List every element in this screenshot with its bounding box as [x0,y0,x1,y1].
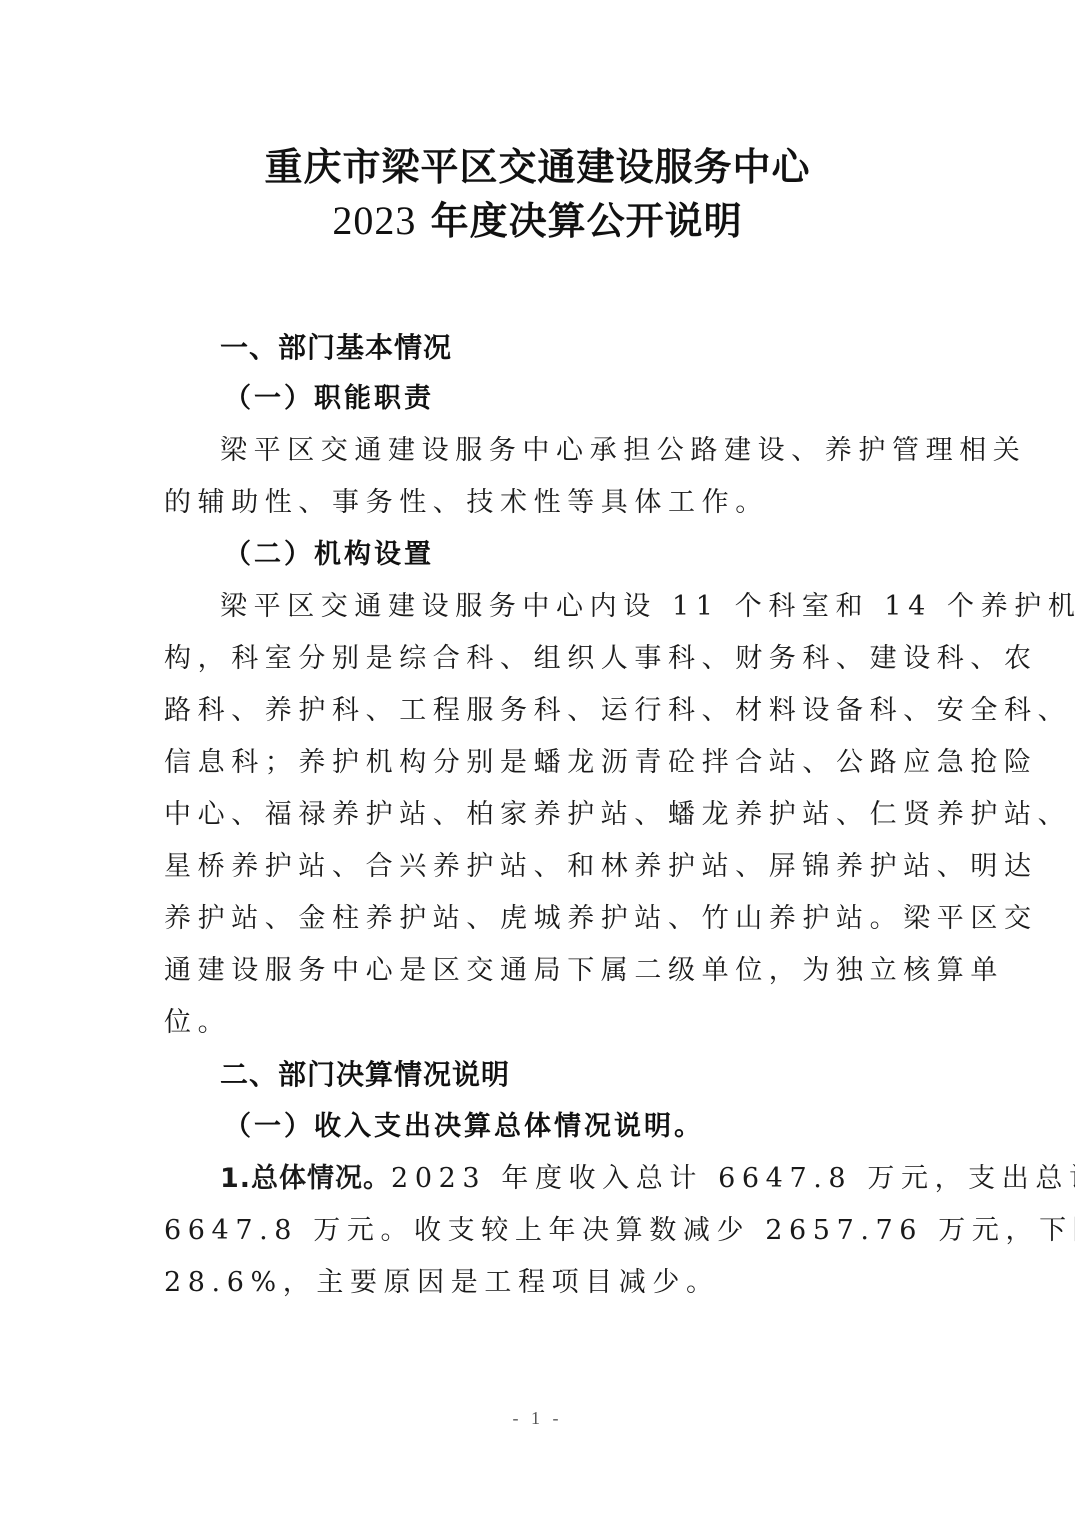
document-title-line2: 2023 年度决算公开说明 [0,190,1075,245]
section1-heading: 一、部门基本情况 [220,330,970,366]
page-number: - 1 - [0,1408,1075,1429]
paragraph-line: 的辅助性、事务性、技术性等具体工作。 [164,485,914,521]
item-lead: 1.总体情况。 [220,1163,391,1194]
paragraph-line: 构，科室分别是综合科、组织人事科、财务科、建设科、农 [164,641,914,677]
section2-heading: 二、部门决算情况说明 [220,1057,970,1093]
paragraph-line: 6647.8 万元。收支较上年决算数减少 2657.76 万元，下降 [164,1213,914,1249]
section1-sub1-heading: （一）职能职责 [224,381,974,417]
paragraph-line: 28.6%，主要原因是工程项目减少。 [164,1265,914,1301]
paragraph-line: 路科、养护科、工程服务科、运行科、材料设备科、安全科、 [164,693,914,729]
section2-sub1-heading: （一）收入支出决算总体情况说明。 [224,1109,974,1145]
paragraph-line: 养护站、金柱养护站、虎城养护站、竹山养护站。梁平区交 [164,901,914,937]
title-year: 2023 [332,198,416,243]
document-page: 重庆市梁平区交通建设服务中心 2023 年度决算公开说明 一、部门基本情况 （一… [0,0,1075,1520]
paragraph-line: 梁平区交通建设服务中心内设 11 个科室和 14 个养护机 [220,589,970,625]
paragraph-line: 通建设服务中心是区交通局下属二级单位，为独立核算单 [164,953,914,989]
paragraph-line: 梁平区交通建设服务中心承担公路建设、养护管理相关 [220,433,970,469]
title-rest: 年度决算公开说明 [416,198,742,243]
item-text: 2023 年度收入总计 6647.8 万元，支出总计 [391,1163,1075,1194]
paragraph-line: 1.总体情况。2023 年度收入总计 6647.8 万元，支出总计 [220,1161,970,1197]
paragraph-line: 中心、福禄养护站、柏家养护站、蟠龙养护站、仁贤养护站、 [164,797,914,833]
paragraph-line: 星桥养护站、合兴养护站、和林养护站、屏锦养护站、明达 [164,849,914,885]
section1-sub2-heading: （二）机构设置 [224,537,974,573]
paragraph-line: 信息科；养护机构分别是蟠龙沥青砼拌合站、公路应急抢险 [164,745,914,781]
paragraph-line: 位。 [164,1005,914,1041]
document-title-line1: 重庆市梁平区交通建设服务中心 [0,136,1075,191]
